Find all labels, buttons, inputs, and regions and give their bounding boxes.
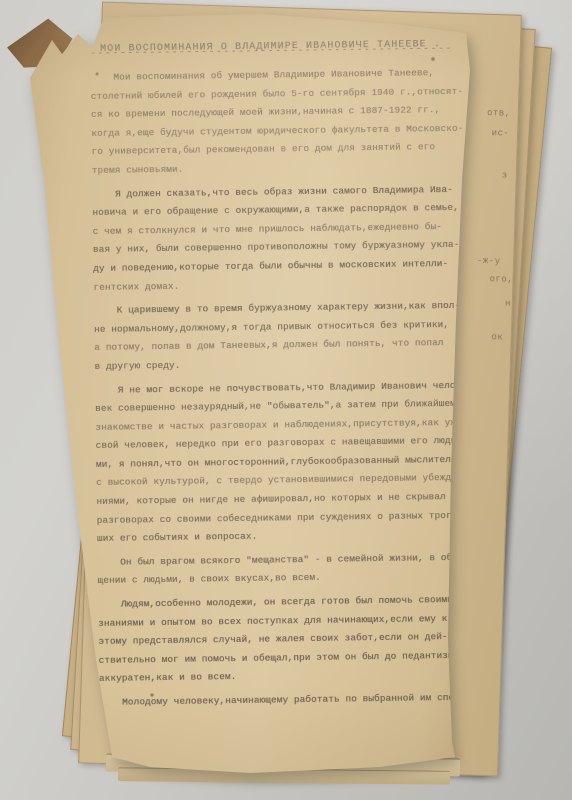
document-line: свой человек, нередко при его разговорах… [95,432,473,456]
document-line: знакомстве и частых разговорах и наблюде… [95,413,473,437]
paragraph: Мои воспоминания об умершем Владимире Ив… [90,64,470,181]
document-line: в другую среду. [94,353,472,377]
paragraph: Людям,особенно молодежи, он всегда готов… [98,591,477,689]
document-line: Он был врагом всякого "мещанства" - в се… [97,549,475,573]
document-line: Я должен сказать,что весь образ жизни са… [92,180,470,204]
document-line: К царившему в то время буржуазному харак… [94,297,472,321]
document-line: век совершенно незаурядный,не "обыватель… [95,395,473,419]
title-underline: ----------------------------------------… [90,44,450,60]
document-line: Молодому человеку,начинающему работать п… [99,689,477,713]
document-body: Мои воспоминания об умершем Владимире Ив… [90,64,477,713]
document-line: с чем я столкнулся и что мне пришлось на… [92,217,470,241]
paragraph: Я должен сказать,что весь образ жизни са… [92,180,472,297]
document-line: ствительно мог им помочь и обещал,при эт… [98,646,476,670]
document-line: тремя сыновьями. [92,157,470,181]
document-line: знаниями и опытом во всех поступках для … [98,609,476,633]
document-line: столетний юбилей его рождения было 5-го … [91,82,469,106]
document-line: щении с людьми, в своих вкусах,во всем. [97,567,475,591]
document-line: не нормальному,должному,я тогда привык о… [94,315,472,339]
document-page-wrap: МОИ ВОСПОМИНАНИЯ О ВЛАДИМИРЕ ИВАНОВИЧЕ Т… [0,0,480,796]
document-line: новича и его обращение с окружающими,а т… [92,199,470,223]
document-title: МОИ ВОСПОМИНАНИЯ О ВЛАДИМИРЕ ИВАНОВИЧЕ Т… [90,39,468,55]
photo-background: отв,ис-з-ж-уого,нок МОИ ВОСПОМИНАНИЯ О В… [0,0,572,800]
paragraph: Я не мог вскоре не почувствовать,что Вла… [95,376,475,549]
document-line: го университета,был рекомендован в его д… [91,138,469,162]
document-line: разговорах со своими собеседниками при с… [97,506,475,530]
document-line: ми, я понял,что он многосторонний,глубок… [96,451,474,475]
document-line: этому представлялся случай, не жалея сво… [98,628,476,652]
document-line: Мои воспоминания об умершем Владимире Ив… [90,64,468,88]
document-line: когда я,еще будучи студентом юридическог… [91,119,469,143]
document-line: вая у них, были совершенно противоположн… [93,236,471,260]
document-text: МОИ ВОСПОМИНАНИЯ О ВЛАДИМИРЕ ИВАНОВИЧЕ Т… [90,39,477,713]
document-line: ду и поведению,которые тогда были обычны… [93,255,471,279]
document-line: с высокой культурой, с твердо установивш… [96,469,474,493]
document-line: Людям,особенно молодежи, он всегда готов… [98,591,476,615]
document-line: гентских домах. [93,273,471,297]
document-page: МОИ ВОСПОМИНАНИЯ О ВЛАДИМИРЕ ИВАНОВИЧЕ Т… [0,0,480,796]
document-line: ся ко времени последующей моей жизни,нач… [91,101,469,125]
paragraph: Он был врагом всякого "мещанства" - в се… [97,549,475,591]
document-line: аккуратен,как и во всем. [99,665,477,689]
document-line: ших его событиях и вопросах. [97,525,475,549]
paragraph: К царившему в то время буржуазному харак… [94,297,473,377]
document-line: а потому, попав в дом Танеевых,я должен … [94,334,472,358]
document-line: ниями, которые он нигде не афишировал,но… [96,488,474,512]
paragraph: Молодому человеку,начинающему работать п… [99,689,477,713]
document-line: Я не мог вскоре не почувствовать,что Вла… [95,376,473,400]
